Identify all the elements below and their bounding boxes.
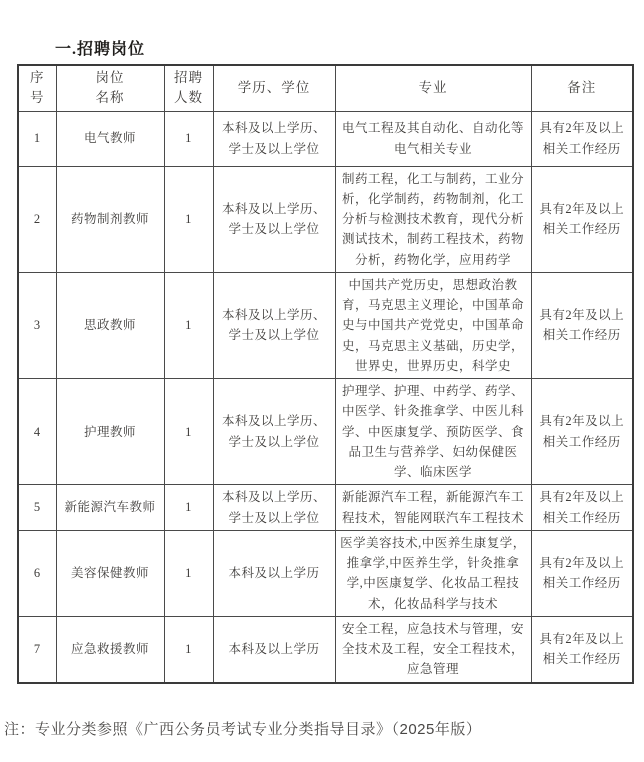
col-header-education: 学历、学位 xyxy=(213,65,335,111)
table-row: 4 护理教师 1 本科及以上学历、学士及以上学位 护理学、护理、中药学、药学、中… xyxy=(18,379,633,485)
section-title: 一.招聘岗位 xyxy=(55,36,145,59)
recruitment-table: 序 号 岗位 名称 招聘 人数 学历、学位 专业 备注 1 电气教师 1 本科及… xyxy=(17,64,634,684)
col-header-position: 岗位 名称 xyxy=(56,65,164,111)
cell-position: 护理教师 xyxy=(56,379,164,485)
cell-major: 中国共产党历史，思想政治教育，马克思主义理论，中国革命史与中国共产党党史，中国革… xyxy=(335,272,531,378)
cell-no: 6 xyxy=(18,530,56,616)
cell-count: 1 xyxy=(164,111,213,166)
cell-education: 本科及以上学历 xyxy=(213,530,335,616)
cell-no: 4 xyxy=(18,379,56,485)
table-row: 7 应急救援教师 1 本科及以上学历 安全工程，应急技术与管理，安全技术及工程，… xyxy=(18,616,633,682)
cell-count: 1 xyxy=(164,379,213,485)
cell-count: 1 xyxy=(164,485,213,531)
cell-education: 本科及以上学历、学士及以上学位 xyxy=(213,379,335,485)
table-row: 6 美容保健教师 1 本科及以上学历 医学美容技术,中医养生康复学，推拿学,中医… xyxy=(18,530,633,616)
cell-major: 制药工程，化工与制药，工业分析，化学制药，药物制剂，化工分析与检测技术教育，现代… xyxy=(335,166,531,272)
cell-remark: 具有2年及以上相关工作经历 xyxy=(531,272,633,378)
cell-remark: 具有2年及以上相关工作经历 xyxy=(531,485,633,531)
cell-major: 电气工程及其自动化、自动化等电气相关专业 xyxy=(335,111,531,166)
cell-education: 本科及以上学历 xyxy=(213,616,335,682)
cell-education: 本科及以上学历、学士及以上学位 xyxy=(213,111,335,166)
cell-position: 药物制剂教师 xyxy=(56,166,164,272)
cell-remark: 具有2年及以上相关工作经历 xyxy=(531,111,633,166)
cell-remark: 具有2年及以上相关工作经历 xyxy=(531,166,633,272)
table-row: 5 新能源汽车教师 1 本科及以上学历、学士及以上学位 新能源汽车工程，新能源汽… xyxy=(18,485,633,531)
table-row: 2 药物制剂教师 1 本科及以上学历、学士及以上学位 制药工程，化工与制药，工业… xyxy=(18,166,633,272)
document-page: 一.招聘岗位 序 号 岗位 名称 招聘 人数 学历、学位 专业 备注 1 电气教… xyxy=(0,0,644,762)
cell-major: 安全工程，应急技术与管理，安全技术及工程，安全工程技术，应急管理 xyxy=(335,616,531,682)
cell-remark: 具有2年及以上相关工作经历 xyxy=(531,530,633,616)
col-header-count: 招聘 人数 xyxy=(164,65,213,111)
cell-no: 5 xyxy=(18,485,56,531)
col-header-no: 序 号 xyxy=(18,65,56,111)
cell-count: 1 xyxy=(164,272,213,378)
cell-no: 7 xyxy=(18,616,56,682)
cell-position: 电气教师 xyxy=(56,111,164,166)
cell-education: 本科及以上学历、学士及以上学位 xyxy=(213,485,335,531)
table-row: 1 电气教师 1 本科及以上学历、学士及以上学位 电气工程及其自动化、自动化等电… xyxy=(18,111,633,166)
cell-count: 1 xyxy=(164,530,213,616)
cell-major: 新能源汽车工程，新能源汽车工程技术，智能网联汽车工程技术 xyxy=(335,485,531,531)
cell-no: 1 xyxy=(18,111,56,166)
cell-count: 1 xyxy=(164,616,213,682)
footnote: 注：专业分类参照《广西公务员考试专业分类指导目录》（2025年版） xyxy=(4,718,481,739)
cell-position: 应急救援教师 xyxy=(56,616,164,682)
cell-count: 1 xyxy=(164,166,213,272)
table-header-row: 序 号 岗位 名称 招聘 人数 学历、学位 专业 备注 xyxy=(18,65,633,111)
cell-no: 2 xyxy=(18,166,56,272)
cell-major: 护理学、护理、中药学、药学、中医学、针灸推拿学、中医儿科学、中医康复学、预防医学… xyxy=(335,379,531,485)
cell-no: 3 xyxy=(18,272,56,378)
cell-major: 医学美容技术,中医养生康复学，推拿学,中医养生学，针灸推拿学,中医康复学、化妆品… xyxy=(335,530,531,616)
table-row: 3 思政教师 1 本科及以上学历、学士及以上学位 中国共产党历史，思想政治教育，… xyxy=(18,272,633,378)
cell-education: 本科及以上学历、学士及以上学位 xyxy=(213,272,335,378)
col-header-remark: 备注 xyxy=(531,65,633,111)
col-header-major: 专业 xyxy=(335,65,531,111)
cell-remark: 具有2年及以上相关工作经历 xyxy=(531,379,633,485)
cell-position: 思政教师 xyxy=(56,272,164,378)
cell-education: 本科及以上学历、学士及以上学位 xyxy=(213,166,335,272)
cell-position: 美容保健教师 xyxy=(56,530,164,616)
cell-position: 新能源汽车教师 xyxy=(56,485,164,531)
cell-remark: 具有2年及以上相关工作经历 xyxy=(531,616,633,682)
